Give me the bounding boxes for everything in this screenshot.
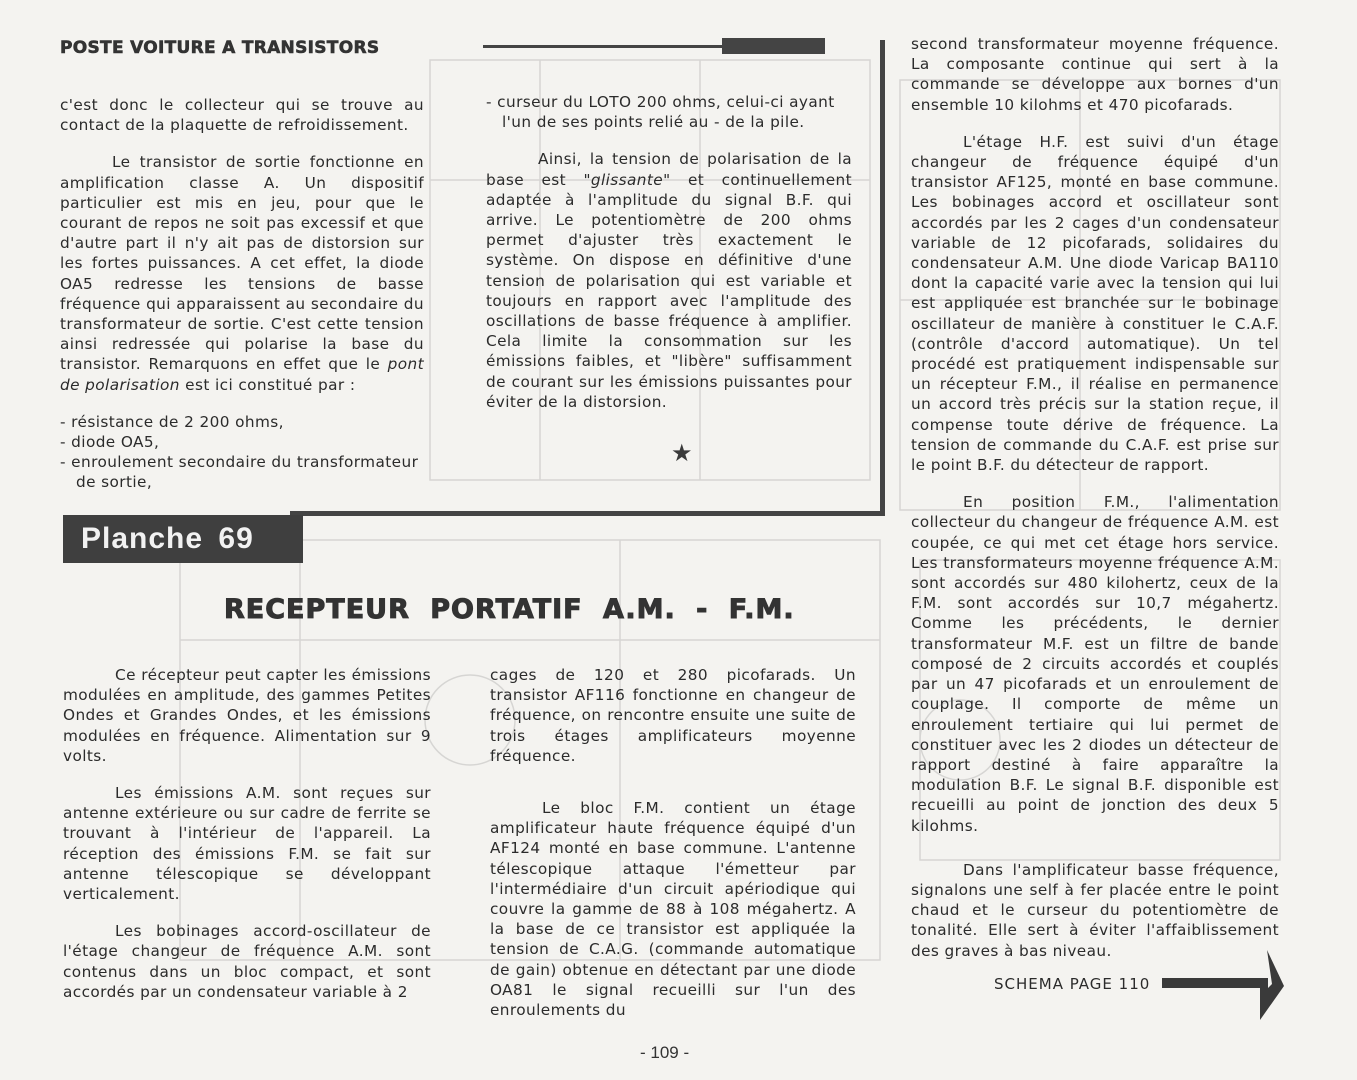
paragraph: cages de 120 et 280 picofarads. Un trans… [490, 665, 856, 766]
paragraph: L'étage H.F. est suivi d'un étage change… [911, 132, 1279, 475]
frame-border-vertical [880, 40, 885, 516]
paragraph: Dans l'amplificateur basse fréquence, si… [911, 860, 1279, 961]
section2-column2: cages de 120 et 280 picofarads. Un trans… [490, 665, 856, 1020]
section2-column3: second transformateur moyenne fréquence.… [911, 34, 1279, 961]
paragraph: c'est donc le collecteur qui se trouve a… [60, 95, 424, 135]
paragraph: Le bloc F.M. contient un étage amplifica… [490, 798, 856, 1020]
continuation-list: - curseur du LOTO 200 ohms, celui-ci aya… [486, 92, 852, 132]
schema-page-reference: SCHEMA PAGE 110 [994, 975, 1150, 993]
list-item: - résistance de 2 200 ohms, [60, 412, 424, 432]
paragraph: Les bobinages accord-oscillateur de l'ét… [63, 921, 431, 1002]
arrow-right-icon [1160, 950, 1290, 1020]
header-bar [722, 38, 825, 54]
paragraph: Ce récepteur peut capter les émissions m… [63, 665, 431, 766]
header-rule [483, 45, 723, 48]
paragraph: Le transistor de sortie fonctionne en am… [60, 152, 424, 394]
end-of-article-star-icon: ★ [671, 441, 693, 465]
running-header-title: POSTE VOITURE A TRANSISTORS [60, 38, 379, 58]
list-item: - curseur du LOTO 200 ohms, celui-ci aya… [486, 92, 852, 132]
paragraph: Ainsi, la tension de polarisation de la … [486, 149, 852, 412]
planche-label: Planche 69 [63, 515, 303, 563]
list-item: - enroulement secondaire du transformate… [60, 452, 424, 492]
paragraph: En position F.M., l'alimentation collect… [911, 492, 1279, 835]
page-number: - 109 - [640, 1043, 689, 1063]
section1-column2: - curseur du LOTO 200 ohms, celui-ci aya… [486, 92, 852, 412]
article-title: RECEPTEUR PORTATIF A.M. - F.M. [224, 594, 856, 625]
section1-column1: c'est donc le collecteur qui se trouve a… [60, 95, 424, 493]
frame-border-horizontal [290, 511, 885, 516]
paragraph: second transformateur moyenne fréquence.… [911, 34, 1279, 115]
section2-column1: Ce récepteur peut capter les émissions m… [63, 665, 431, 1002]
list-item: - diode OA5, [60, 432, 424, 452]
paragraph: Les émissions A.M. sont reçues sur anten… [63, 783, 431, 904]
polarisation-bridge-list: - résistance de 2 200 ohms, - diode OA5,… [60, 412, 424, 493]
